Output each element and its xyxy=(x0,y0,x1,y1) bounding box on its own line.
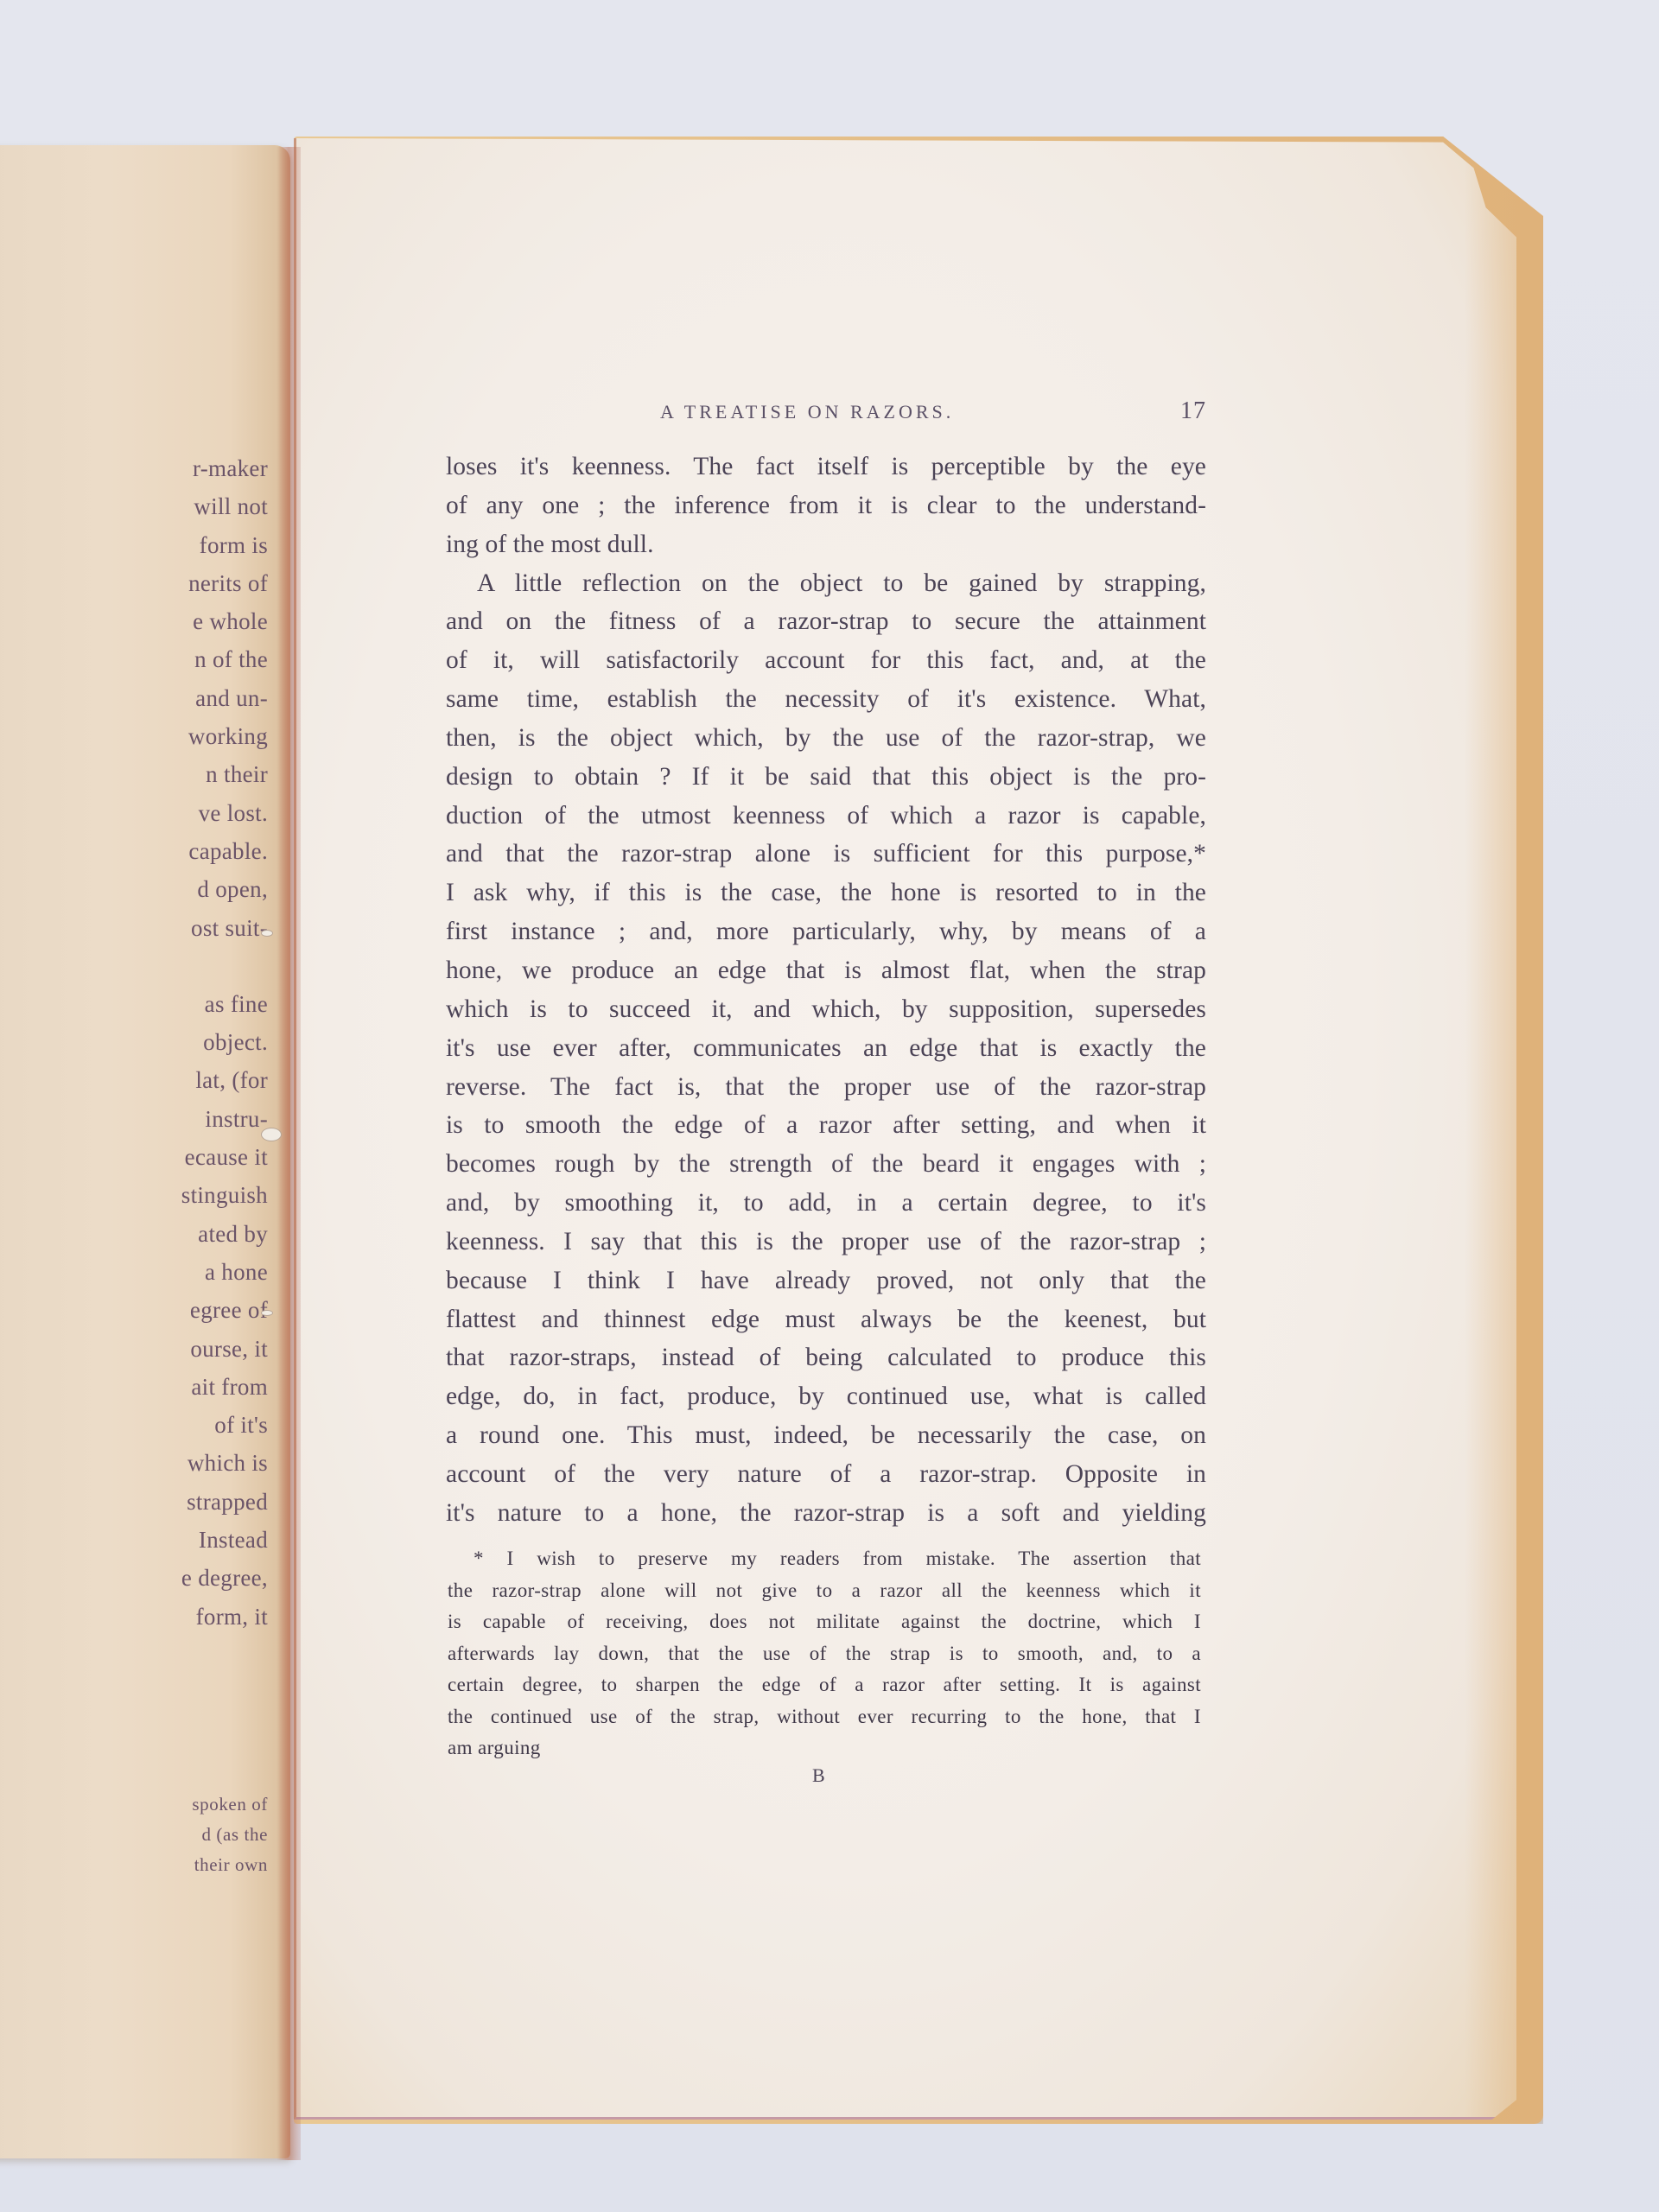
body-line: and, by smoothing it, to add, in a certa… xyxy=(446,1184,1206,1223)
body-line: A little reflection on the object to be … xyxy=(446,564,1206,603)
footnote-line: the continued use of the strap, without … xyxy=(448,1701,1201,1733)
footnote-line: am arguing xyxy=(448,1732,1201,1764)
left-page-line: a hone xyxy=(0,1253,268,1291)
body-line: is to smooth the edge of a razor after s… xyxy=(446,1106,1206,1145)
body-line: edge, do, in fact, produce, by continued… xyxy=(446,1377,1206,1416)
body-line: hone, we produce an edge that is almost … xyxy=(446,951,1206,990)
left-page-line: ost suit- xyxy=(0,909,268,947)
body-line: which is to succeed it, and which, by su… xyxy=(446,990,1206,1029)
left-page-line: ait from xyxy=(0,1368,268,1406)
footnote-line: the razor-strap alone will not give to a… xyxy=(448,1575,1201,1607)
body-line: duction of the utmost keenness of which … xyxy=(446,797,1206,836)
footnote-line: is capable of receiving, does not milita… xyxy=(448,1606,1201,1638)
body-line: that razor-straps, instead of being calc… xyxy=(446,1338,1206,1377)
book-photo-scene: r-maker will not form is nerits of e who… xyxy=(0,0,1659,2212)
left-page-line: will not xyxy=(0,487,268,525)
body-line: a round one. This must, indeed, be neces… xyxy=(446,1416,1206,1455)
body-line: of any one ; the inference from it is cl… xyxy=(446,486,1206,525)
left-footnote-line: spoken of xyxy=(192,1789,268,1820)
page-body-text: loses it's keenness. The fact itself is … xyxy=(446,448,1206,1533)
body-line: loses it's keenness. The fact itself is … xyxy=(446,448,1206,486)
signature-mark: B xyxy=(812,1764,825,1787)
left-page-line: which is xyxy=(0,1444,268,1482)
left-page-line: capable. xyxy=(0,832,268,870)
binding-stitch xyxy=(261,930,273,937)
body-line: ing of the most dull. xyxy=(446,525,1206,564)
body-line: account of the very nature of a razor-st… xyxy=(446,1455,1206,1494)
left-page-line: lat, (for xyxy=(0,1061,268,1099)
left-page-line: instru- xyxy=(0,1100,268,1138)
body-line: of it, will satisfactorily account for t… xyxy=(446,641,1206,680)
left-page-line: form is xyxy=(0,526,268,564)
paragraph-gap xyxy=(0,947,268,985)
left-page-line: ecause it xyxy=(0,1138,268,1176)
left-page-line: ve lost. xyxy=(0,794,268,832)
footnote-line: * I wish to preserve my readers from mis… xyxy=(448,1543,1201,1575)
left-page-line: n of the xyxy=(0,640,268,678)
left-page-line: strapped xyxy=(0,1483,268,1521)
left-page-line: as fine xyxy=(0,985,268,1023)
left-page-line: form, it xyxy=(0,1598,268,1636)
body-line: reverse. The fact is, that the proper us… xyxy=(446,1068,1206,1107)
left-page-line: object. xyxy=(0,1023,268,1061)
left-page-line: nerits of xyxy=(0,564,268,602)
left-page-line: egree of xyxy=(0,1291,268,1329)
footnote-line: afterwards lay down, that the use of the… xyxy=(448,1638,1201,1670)
left-page-body-text: r-maker will not form is nerits of e who… xyxy=(0,449,268,1636)
binding-stitch xyxy=(261,1310,273,1316)
body-line: keenness. I say that this is the proper … xyxy=(446,1223,1206,1262)
left-page-line: ated by xyxy=(0,1215,268,1253)
left-page-footnote: spoken of d (as the their own xyxy=(192,1789,268,1880)
running-title: A TREATISE ON RAZORS. xyxy=(660,401,954,423)
left-page-line: and un- xyxy=(0,679,268,717)
left-footnote-line: d (as the xyxy=(192,1820,268,1850)
body-line: I ask why, if this is the case, the hone… xyxy=(446,874,1206,912)
body-line: becomes rough by the strength of the bea… xyxy=(446,1145,1206,1184)
body-line: it's nature to a hone, the razor-strap i… xyxy=(446,1494,1206,1533)
body-line: same time, establish the necessity of it… xyxy=(446,680,1206,719)
body-line: then, is the object which, by the use of… xyxy=(446,719,1206,758)
left-page-line: stinguish xyxy=(0,1176,268,1214)
body-line: because I think I have already proved, n… xyxy=(446,1262,1206,1300)
body-line: design to obtain ? If it be said that th… xyxy=(446,758,1206,797)
left-page-line: ourse, it xyxy=(0,1330,268,1368)
binding-stitch xyxy=(261,1128,282,1141)
left-page: r-maker will not form is nerits of e who… xyxy=(0,145,290,2158)
left-page-line: d open, xyxy=(0,870,268,908)
body-line: and that the razor-strap alone is suffic… xyxy=(446,835,1206,874)
left-page-line: e degree, xyxy=(0,1559,268,1597)
body-line: and on the fitness of a razor-strap to s… xyxy=(446,602,1206,641)
book-gutter xyxy=(276,147,301,2160)
left-page-line: r-maker xyxy=(0,449,268,487)
body-line: it's use ever after, communicates an edg… xyxy=(446,1029,1206,1068)
running-head: A TREATISE ON RAZORS. 17 xyxy=(660,397,1206,429)
footnote-line: certain degree, to sharpen the edge of a… xyxy=(448,1669,1201,1701)
left-page-line: n their xyxy=(0,755,268,793)
left-page-line: e whole xyxy=(0,602,268,640)
body-line: first instance ; and, more particularly,… xyxy=(446,912,1206,951)
left-page-line: of it's xyxy=(0,1406,268,1444)
left-page-line: working xyxy=(0,717,268,755)
page-number: 17 xyxy=(1180,397,1206,425)
left-page-line: Instead xyxy=(0,1521,268,1559)
page-footnote: * I wish to preserve my readers from mis… xyxy=(448,1543,1201,1764)
left-footnote-line: their own xyxy=(192,1850,268,1880)
body-line: flattest and thinnest edge must always b… xyxy=(446,1300,1206,1339)
